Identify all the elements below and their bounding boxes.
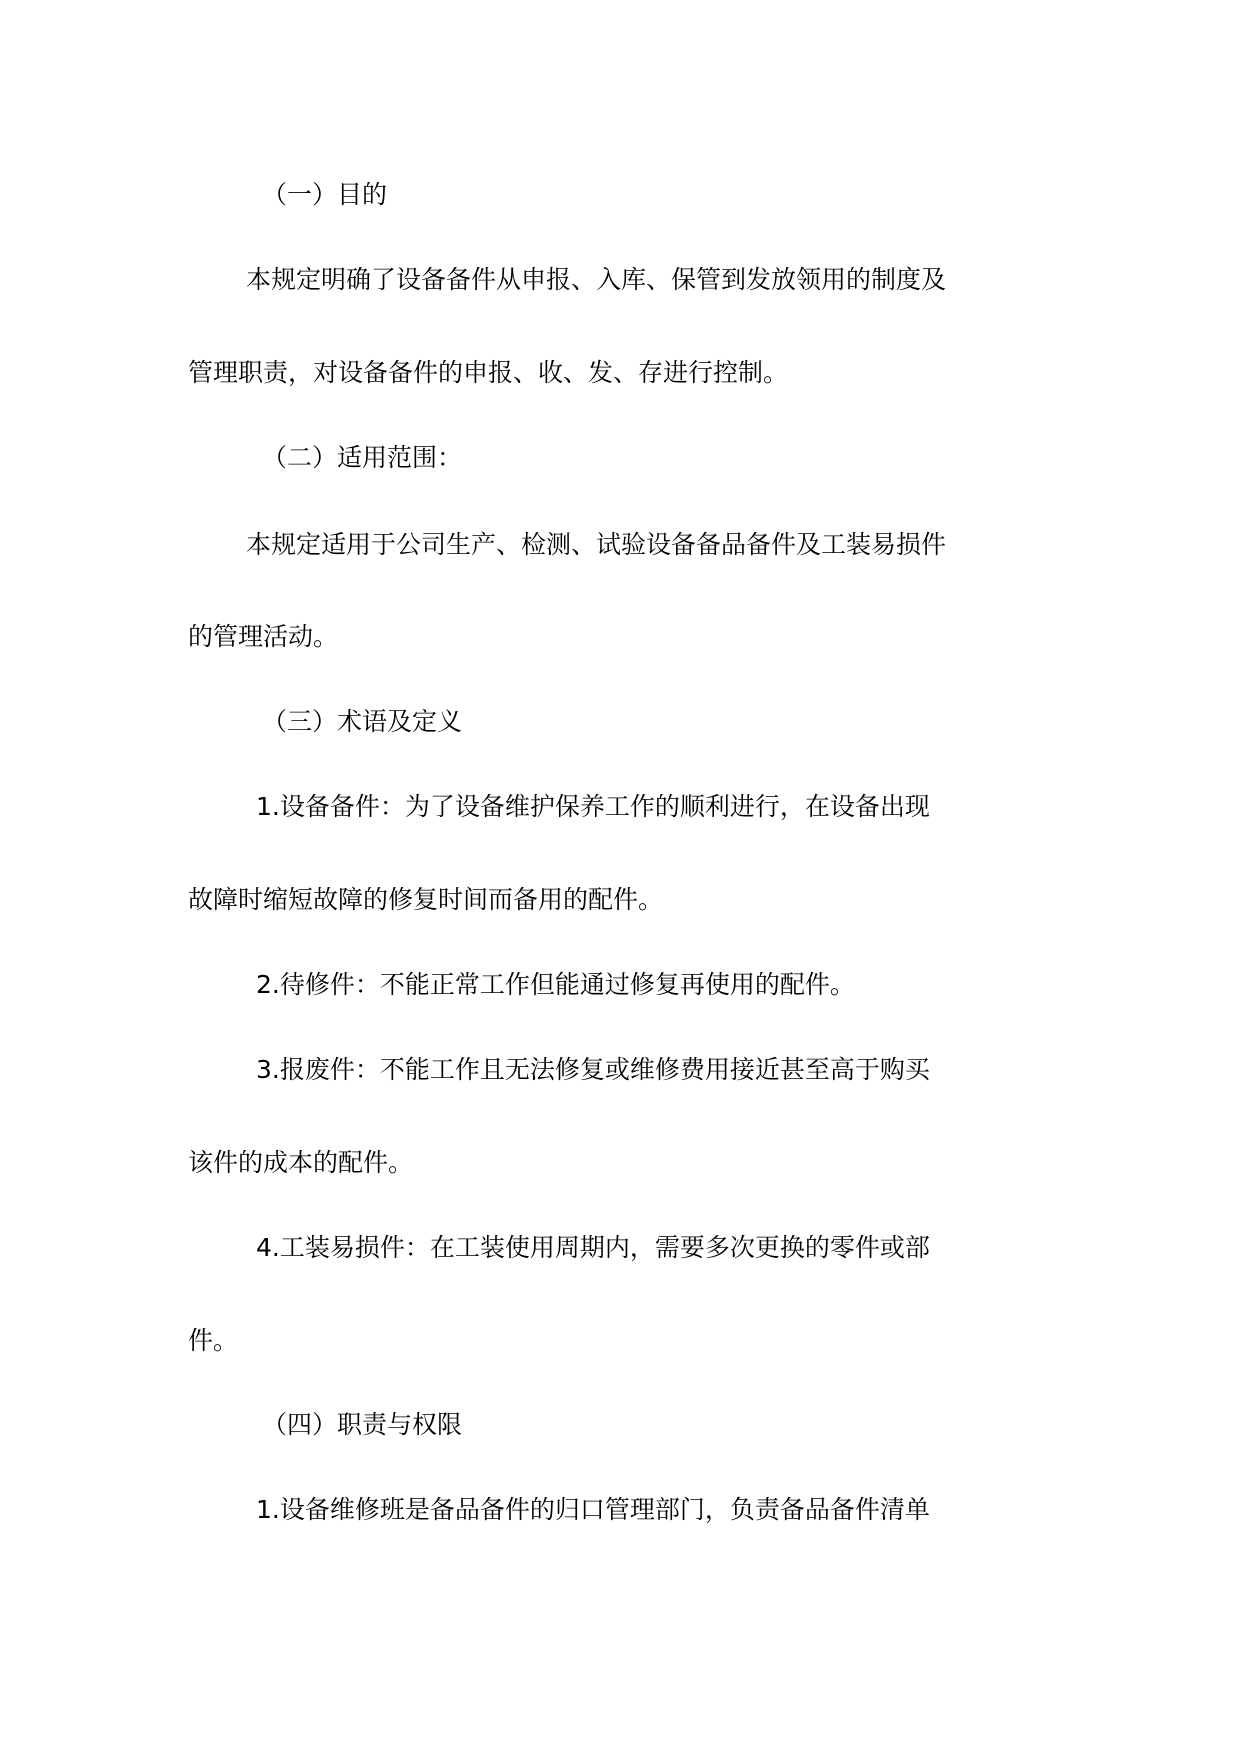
section-heading-responsibilities: （四）职责与权限 [262,1410,462,1440]
paragraph-line: 管理职责，对设备备件的申报、收、发、存进行控制。 [188,358,788,388]
paragraph-line: 的管理活动。 [188,622,338,652]
paragraph-line: 本规定适用于公司生产、检测、试验设备备品备件及工装易损件 [246,530,946,560]
paragraph-line: 件。 [188,1326,238,1356]
paragraph-line: 该件的成本的配件。 [188,1148,413,1178]
definition-item-1: 1.设备备件：为了设备维护保养工作的顺利进行，在设备出现 [256,792,930,822]
section-heading-terms: （三）术语及定义 [262,707,462,737]
responsibility-item-1: 1.设备维修班是备品备件的归口管理部门，负责备品备件清单 [256,1495,930,1525]
paragraph-line: 本规定明确了设备备件从申报、入库、保管到发放领用的制度及 [246,265,946,295]
document-page: （一）目的 本规定明确了设备备件从申报、入库、保管到发放领用的制度及 管理职责，… [0,0,1241,1754]
definition-item-3: 3.报废件：不能工作且无法修复或维修费用接近甚至高于购买 [256,1055,930,1085]
section-heading-scope: （二）适用范围： [262,443,462,473]
definition-item-2: 2.待修件：不能正常工作但能通过修复再使用的配件。 [256,970,855,1000]
definition-item-4: 4.工装易损件：在工装使用周期内，需要多次更换的零件或部 [256,1233,930,1263]
paragraph-line: 故障时缩短故障的修复时间而备用的配件。 [188,885,663,915]
section-heading-purpose: （一）目的 [262,180,387,210]
